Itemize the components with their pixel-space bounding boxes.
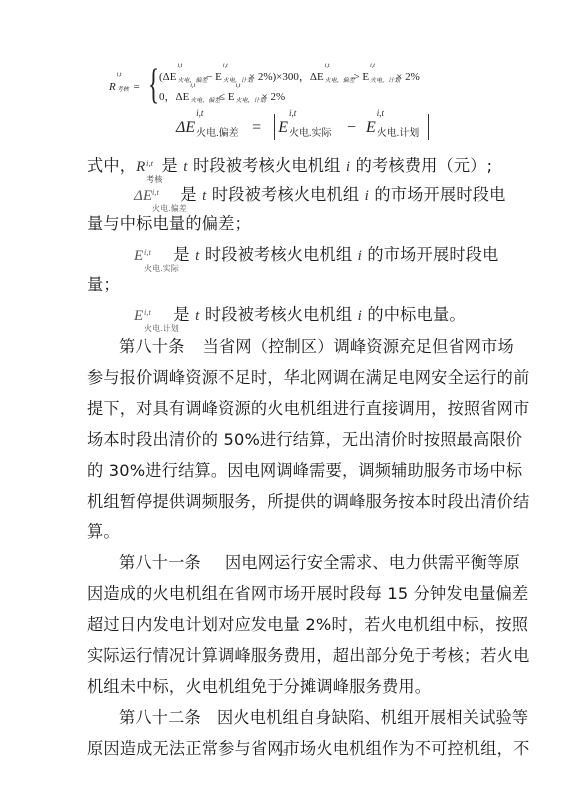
article-80-line-6: 机组暂停提供调频服务，所提供的调峰服务按本时段出清价结 [87,492,482,512]
left-brace: { [148,64,159,106]
document-page: Ri,t考核 = { (ΔEi,t火电，偏差 − Ei,t火电，计划× 2%)×… [0,0,566,800]
article-82-title: 第八十二条 [119,708,201,727]
abs-bar-right [428,114,429,140]
article-80-line-5: 的 30%进行结算。因电网调峰需要，调频辅助服务市场中标 [87,461,482,481]
article-81-title: 第八十一条 [119,553,201,572]
article-80-title: 第八十条 [119,337,185,356]
formula-lhs: Ri,t考核 = [109,80,140,93]
article-80-line-3: 提下，对具有调峰资源的火电机组进行直接调用，按照省网市 [87,399,482,419]
article-80-line-4: 场本时段出清价的 50%进行结算，无出清价时按照最高限价 [87,430,482,450]
article-81-line-4: 实际运行情况计算调峰服务费用，超出部分免于考核；若火电 [87,646,482,666]
article-81-line-3: 超过日内发电计划对应发电量 2%时，若火电机组中标，按照 [87,615,482,635]
definition-delta-e-dev-cont: 量与中标电量的偏差； [87,214,482,234]
definition-e-plan: Ei,t火电.计划是 t 时段被考核火电机组 i 的中标电量。 [134,305,529,326]
formula-case-1: (ΔEi,t火电，偏差 − Ei,t火电，计划× 2%)×300，ΔEi,t火电… [159,68,420,84]
abs-bar-left [274,114,275,140]
page-number: 25 [0,748,566,758]
formula-case-2: 0，ΔEi,t火电，偏差 ≤ Ei,t火电，计划× 2% [159,88,285,104]
definition-e-actual-cont: 量； [87,275,482,295]
definition-r: 式中，Ri,t考核是 t 时段被考核火电机组 i 的考核费用（元）; [87,156,482,177]
definition-delta-e-dev: ΔEi,t火电.偏差是 t 时段被考核火电机组 i 的市场开展时段电 [134,185,529,206]
article-81-line-5: 机组未中标，火电机组免于分摊调峰服务费用。 [87,677,482,697]
article-80-line-1: 第八十条当省网（控制区）调峰资源充足但省网市场 [119,337,514,357]
article-82-line-1: 第八十二条因火电机组自身缺陷、机组开展相关试验等 [119,708,514,728]
article-81-line-1: 第八十一条因电网运行安全需求、电力供需平衡等原 [119,553,514,573]
article-80-line-2: 参与报价调峰资源不足时，华北网调在满足电网安全运行的前 [87,368,482,388]
article-81-line-2: 因造成的火电机组在省网市场开展时段每 15 分钟发电量偏差 [87,584,482,604]
definition-e-actual: Ei,t火电.实际是 t 时段被考核火电机组 i 的市场开展时段电 [134,245,529,266]
deviation-formula: ΔEi,t火电.偏差 = Ei,t火电.实际 − Ei,t火电.计划 [176,114,432,144]
article-80-line-7: 算。 [87,522,482,542]
